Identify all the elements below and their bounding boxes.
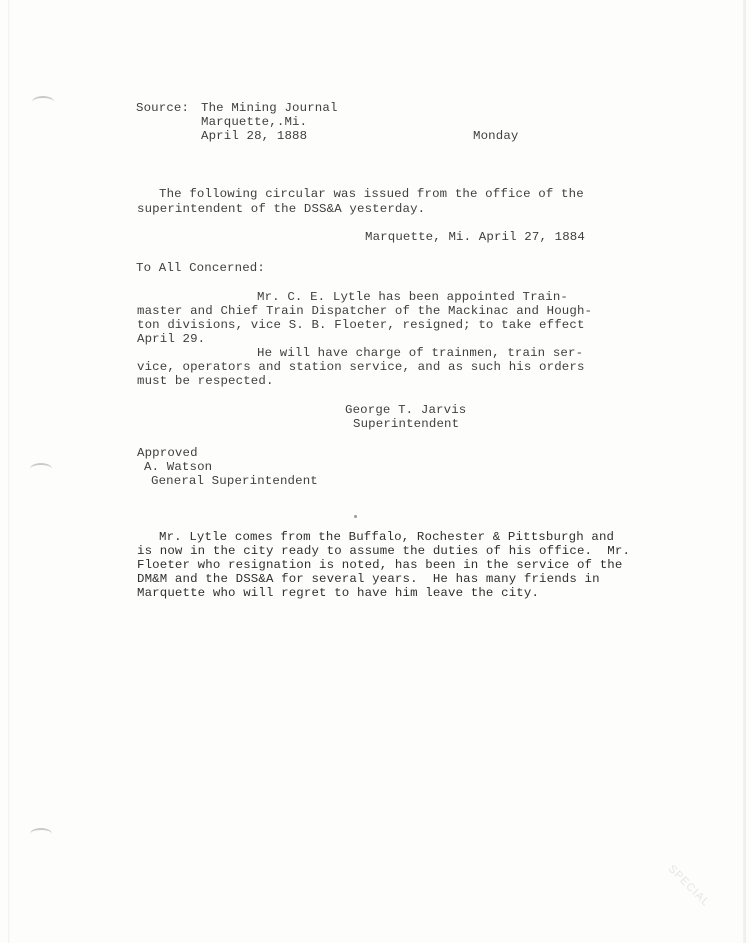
approver-title: General Superintendent [151,474,318,489]
signature-title: Superintendent [353,417,459,432]
circular-dateline: Marquette, Mi. April 27, 1884 [365,230,585,245]
source-location: Marquette,.Mi. [201,115,307,130]
corner-stamp: SPECIAL [666,863,712,909]
punch-hole-mark-bottom [30,828,52,840]
para1-line-4: April 29. [137,332,205,347]
closing-line-5: Marquette who will regret to have him le… [137,586,539,601]
closing-line-2: is now in the city ready to assume the d… [137,544,630,559]
page-right-edge [743,0,746,943]
document-page: Source: The Mining Journal Marquette,.Mi… [0,0,750,943]
punch-hole-mark-top [32,96,54,108]
intro-line-2: superintendent of the DSS&A yesterday. [137,202,425,217]
intro-line-1: The following circular was issued from t… [159,187,584,202]
para1-line-2: master and Chief Train Dispatcher of the… [137,304,592,319]
page-left-edge [8,0,10,943]
para2-line-1: He will have charge of trainmen, train s… [257,346,583,361]
closing-line-1: Mr. Lytle comes from the Buffalo, Roches… [159,530,614,545]
para2-line-3: must be respected. [137,374,274,389]
para1-line-3: ton divisions, vice S. B. Floeter, resig… [137,318,585,333]
circular-salutation: To All Concerned: [136,261,265,276]
closing-line-4: DM&M and the DSS&A for several years. He… [137,572,600,587]
approver-name: A. Watson [144,460,212,475]
para2-line-2: vice, operators and station service, and… [137,360,585,375]
separator-mark [354,515,357,518]
source-label: Source: [136,101,189,116]
signature-name: George T. Jarvis [345,403,466,418]
source-name: The Mining Journal [201,101,338,116]
approved-label: Approved [137,446,198,461]
para1-line-1: Mr. C. E. Lytle has been appointed Train… [257,290,568,305]
punch-hole-mark-middle [30,463,52,475]
source-date: April 28, 1888 [201,129,307,144]
source-weekday: Monday [473,129,519,144]
closing-line-3: Floeter who resignation is noted, has be… [137,558,622,573]
